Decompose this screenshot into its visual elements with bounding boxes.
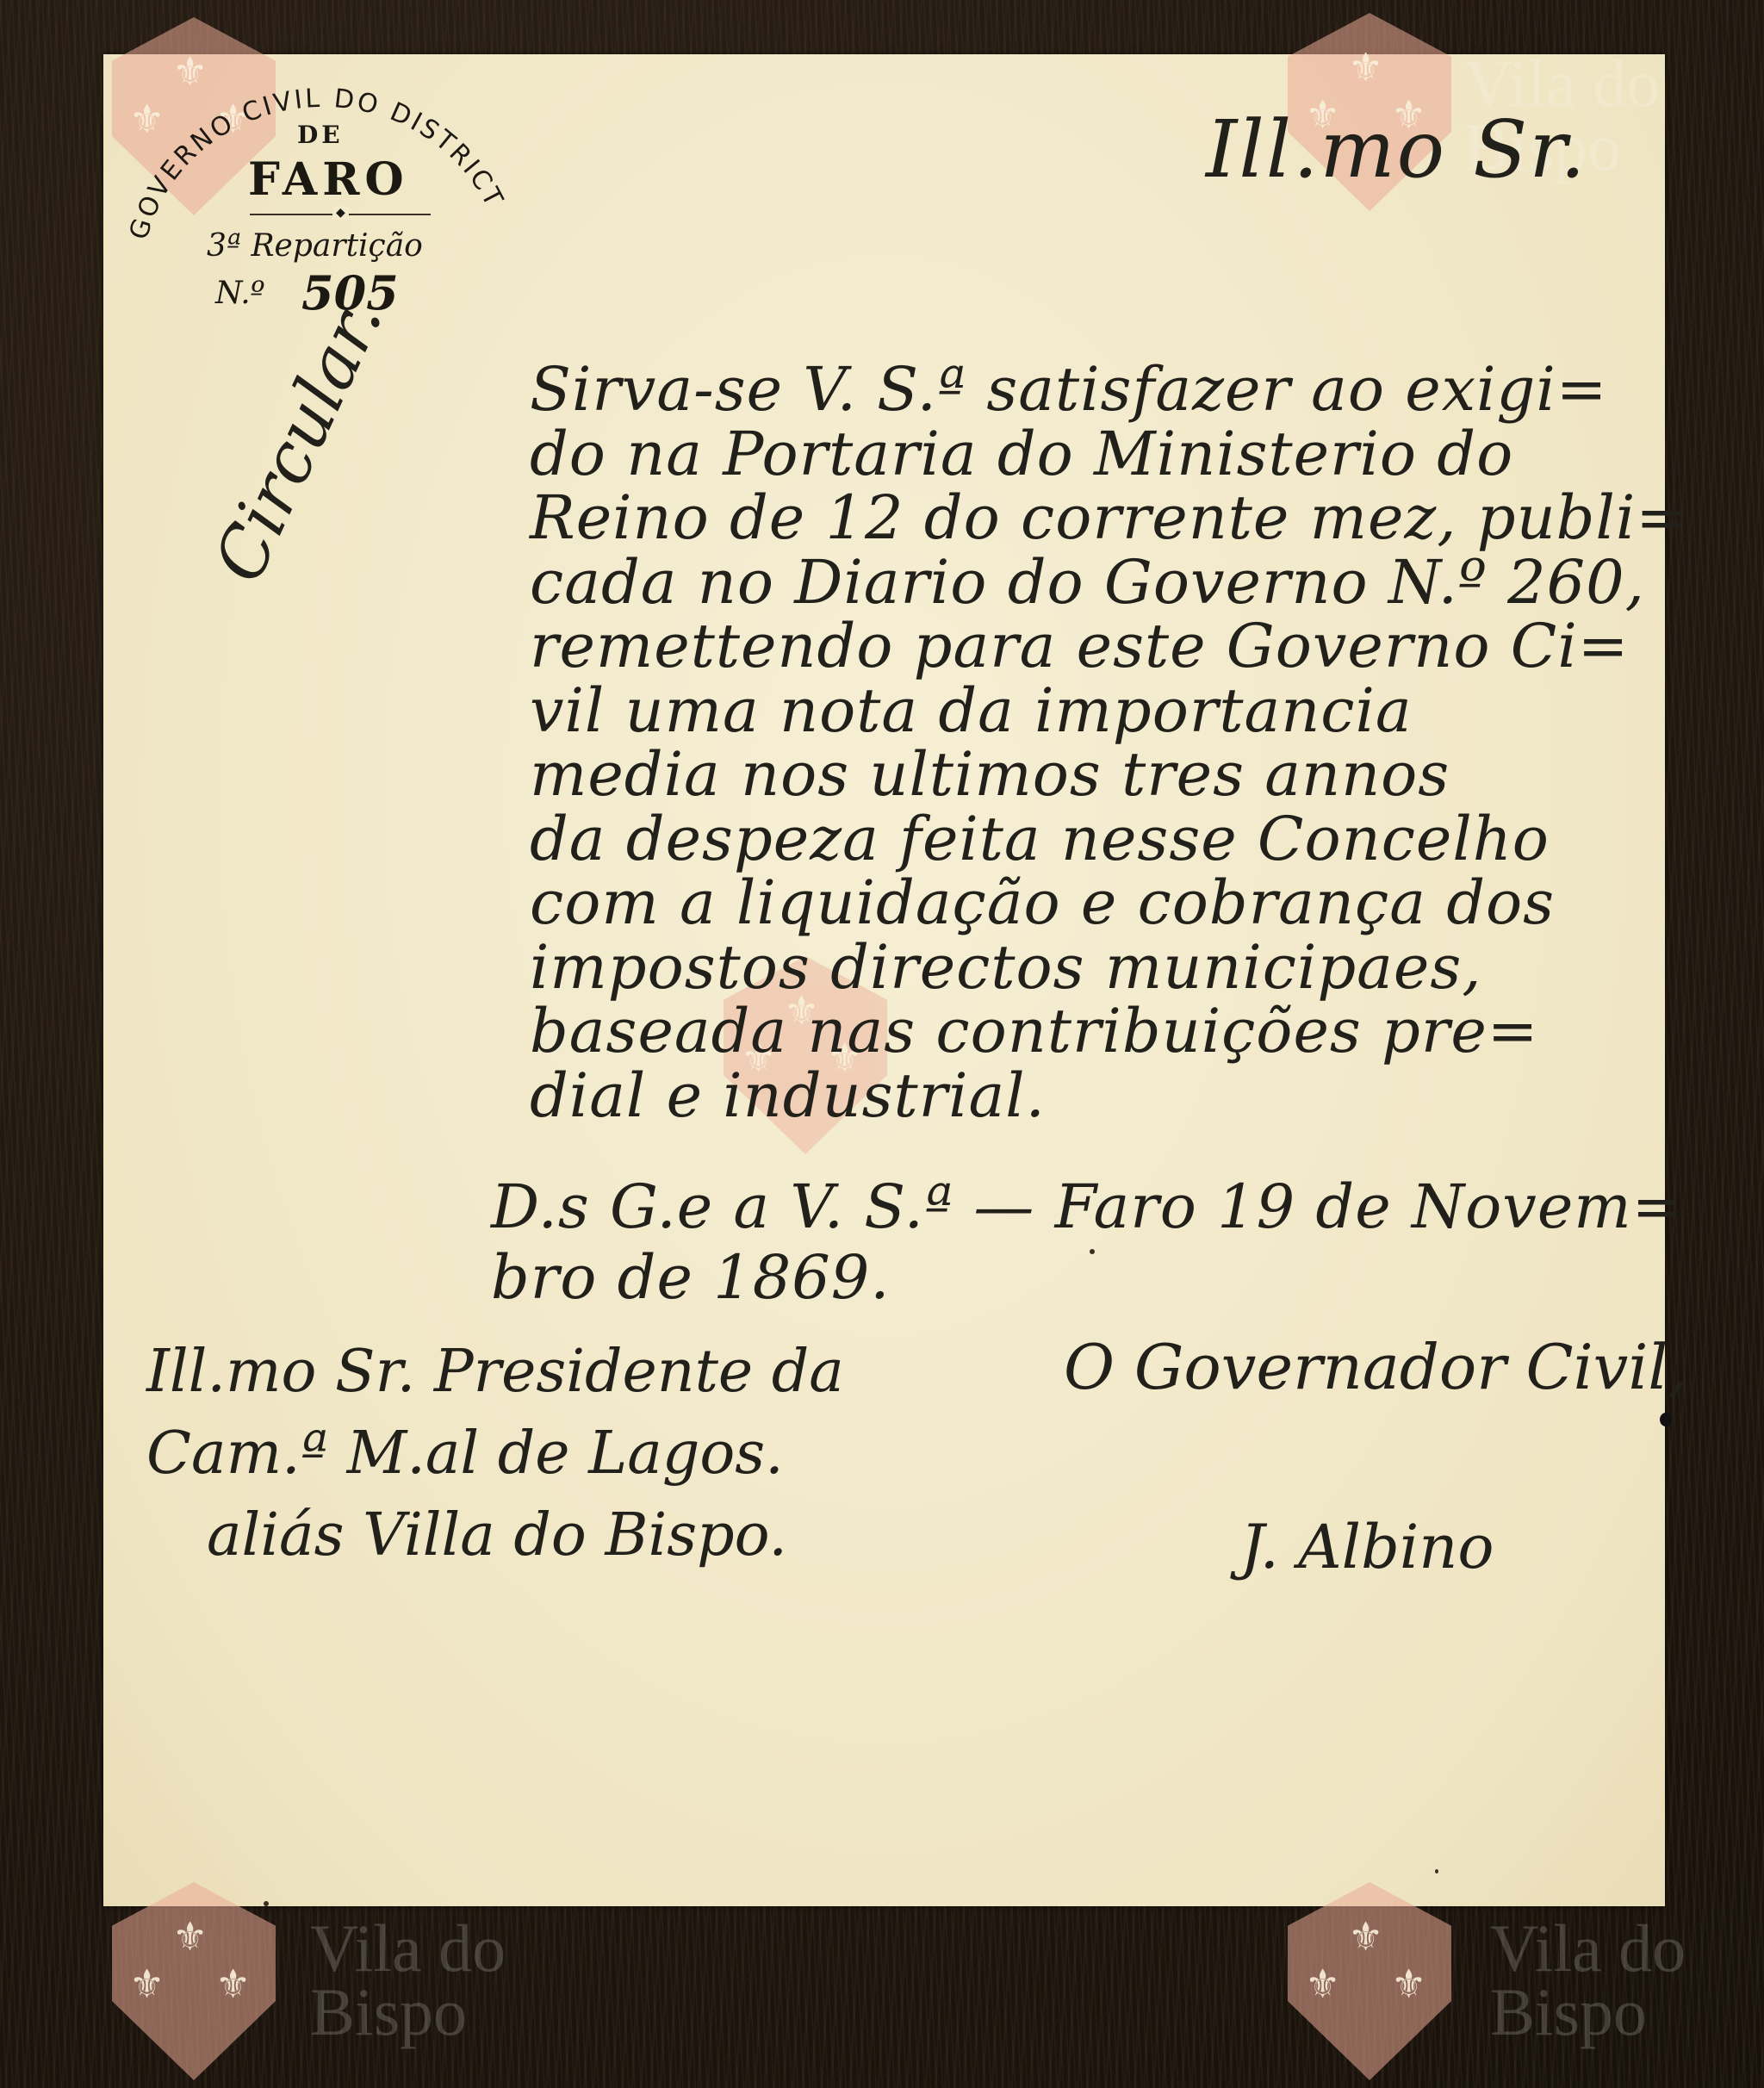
body-line: remettendo para este Governo Ci= [530, 614, 1667, 679]
signer-title: O Governador Civil, [1064, 1331, 1687, 1403]
body-line: com a liquidação e cobrança dos [530, 871, 1667, 935]
paper-speck [1435, 1869, 1438, 1874]
addressee-line: Cam.ª M.al de Lagos. [146, 1413, 844, 1495]
body-line: vil uma nota da importancia [530, 679, 1667, 743]
stamp-de: DE [297, 121, 344, 149]
body-line: impostos directos municipaes, [530, 935, 1667, 1000]
addressee-line: aliás Villa do Bispo. [146, 1495, 844, 1576]
body-line: da despeza feita nesse Concelho [530, 807, 1667, 872]
closing-line: bro de 1869. [491, 1242, 1680, 1313]
watermark-shield-icon: ⚜ ⚜ ⚜ [112, 1882, 276, 2080]
addressee-line: Ill.mo Sr. Presidente da [146, 1331, 844, 1413]
watermark-text: Vila do Bispo [310, 1917, 506, 2044]
stamp-number-label: N.º [215, 276, 265, 311]
body-line: cada no Diario do Governo N.º 260, [530, 550, 1667, 615]
ink-dot [1660, 1413, 1672, 1426]
body-line: do na Portaria do Ministerio do [530, 422, 1667, 487]
watermark-text: Vila do Bispo [1490, 1917, 1686, 2044]
salutation: Ill.mo Sr. [1206, 103, 1587, 196]
paper-speck [1090, 1249, 1095, 1254]
letter-closing: D.s G.e a V. S.ª — Faro 19 de Novem= bro… [491, 1171, 1680, 1313]
body-line: baseada nas contribuições pre= [530, 999, 1667, 1064]
watermark-shield-icon: ⚜ ⚜ ⚜ [1288, 1882, 1451, 2080]
stamp-divider [250, 214, 431, 215]
letter-body: Sirva-se V. S.ª satisfazer ao exigi= do … [530, 357, 1667, 1128]
body-line: media nos ultimos tres annos [530, 743, 1667, 807]
signature: J. Albino [1240, 1512, 1494, 1582]
body-line: Sirva-se V. S.ª satisfazer ao exigi= [530, 357, 1667, 422]
stamp-section: 3ª Repartição [207, 228, 423, 264]
body-line: Reino de 12 do corrente mez, publi= [530, 486, 1667, 550]
svg-text:GOVERNO CIVIL DO DISTRICTO: GOVERNO CIVIL DO DISTRICTO [121, 60, 510, 243]
body-line: dial e industrial. [530, 1064, 1667, 1128]
closing-line: D.s G.e a V. S.ª — Faro 19 de Novem= [491, 1171, 1680, 1242]
addressee-block: Ill.mo Sr. Presidente da Cam.ª M.al de L… [146, 1331, 844, 1576]
paper-speck [264, 1901, 269, 1906]
stamp-city: FARO [248, 153, 409, 206]
